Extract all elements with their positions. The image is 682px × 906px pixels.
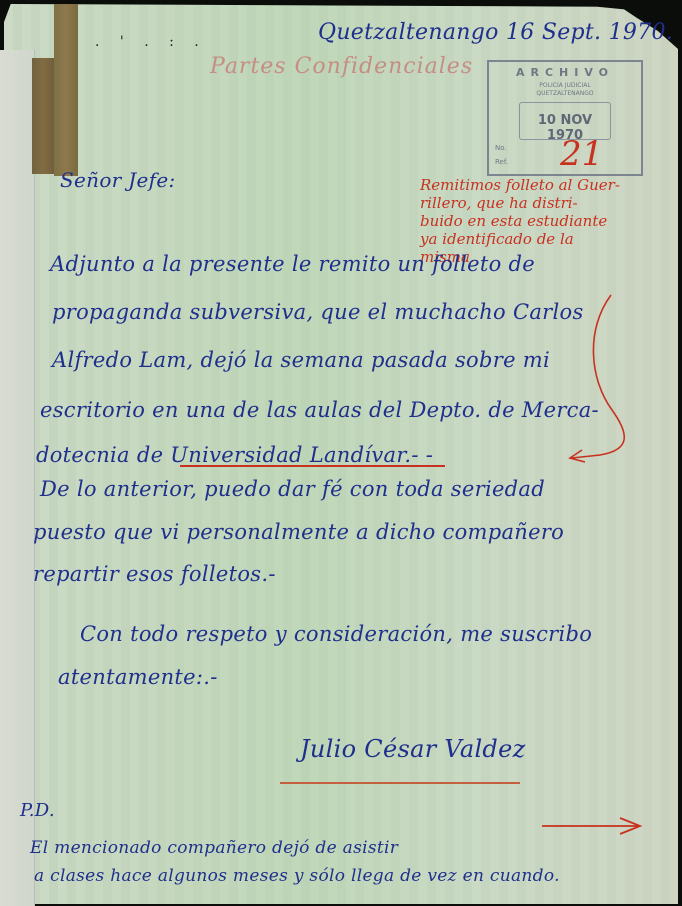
red-annotation-marks — [0, 0, 682, 906]
bracket-arrow-icon — [570, 295, 624, 462]
right-arrow-icon — [542, 818, 640, 834]
